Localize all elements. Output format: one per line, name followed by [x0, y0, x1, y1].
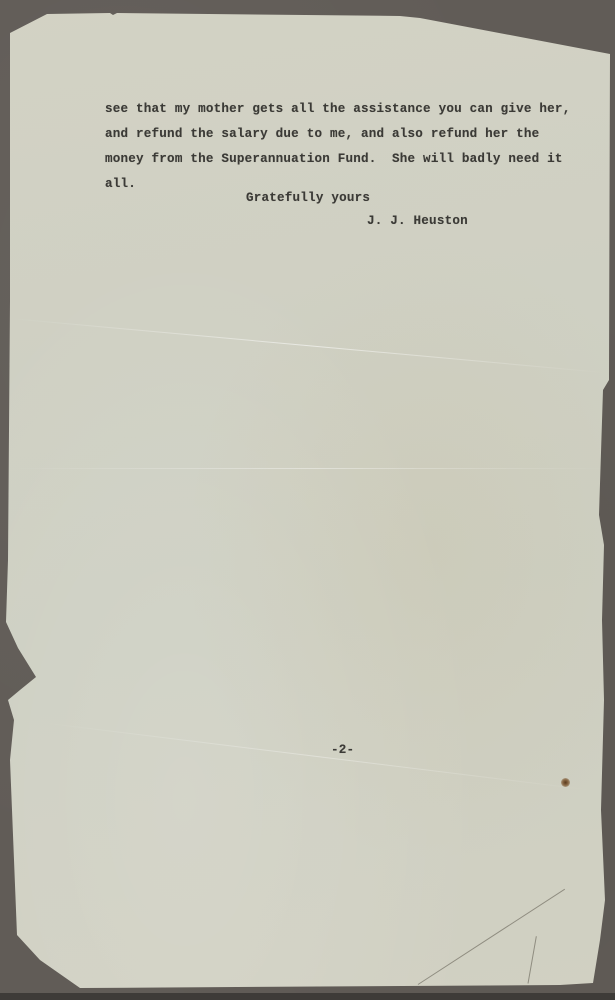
paper-tear-line	[418, 889, 565, 985]
signature: J. J. Heuston	[367, 214, 468, 228]
paper-fold-crease	[10, 468, 610, 469]
paper-tear-line	[528, 936, 537, 983]
body-line: all.	[105, 177, 136, 191]
closing-salutation: Gratefully yours	[246, 191, 370, 205]
ink-stain	[561, 778, 570, 787]
letter-page: see that my mother gets all the assistan…	[0, 0, 615, 1000]
scanner-bottom-edge	[0, 993, 615, 1000]
paper-fold-crease	[10, 318, 608, 373]
body-line: money from the Superannuation Fund. She …	[105, 152, 563, 166]
paper-fold-crease	[40, 722, 596, 791]
body-line: and refund the salary due to me, and als…	[105, 127, 539, 141]
page-number: -2-	[331, 743, 354, 757]
body-line: see that my mother gets all the assistan…	[105, 102, 570, 116]
